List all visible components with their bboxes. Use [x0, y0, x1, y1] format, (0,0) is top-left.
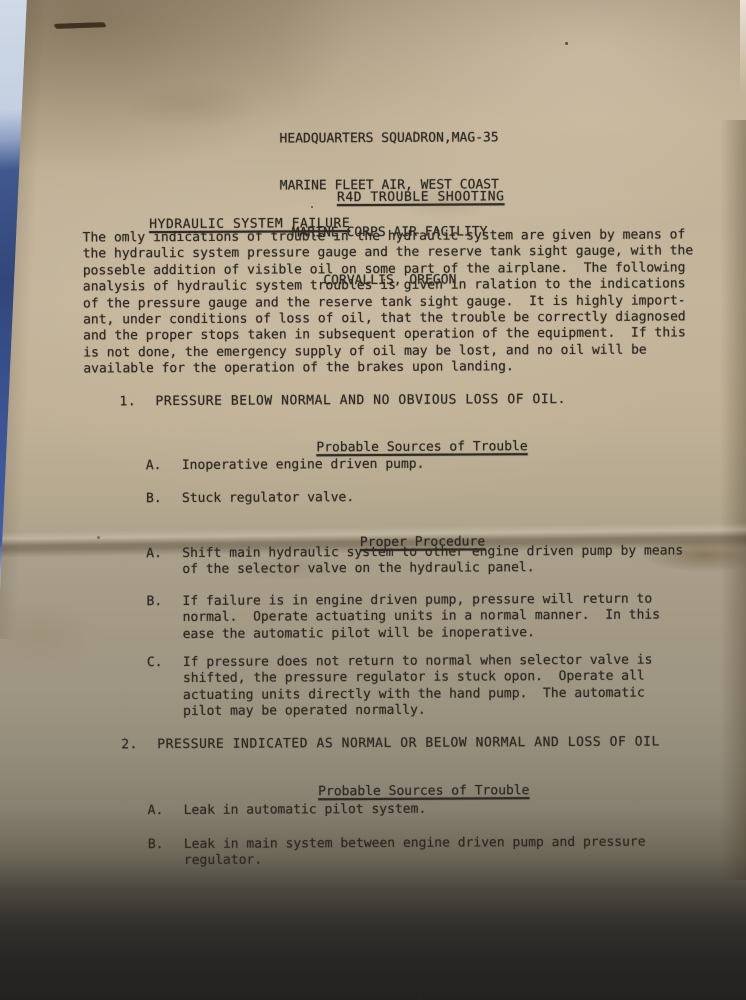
document-page: HEADQUARTERS SQUADRON,MAG-35 MARINE FLEE…	[0, 0, 746, 1000]
list-item-label: B.	[146, 491, 182, 508]
list-item-label: A.	[148, 803, 184, 820]
list-item: A. Inoperative engine driven pump.	[146, 457, 425, 475]
typewritten-text: HEADQUARTERS SQUADRON,MAG-35 MARINE FLEE…	[0, 0, 746, 1000]
doc-title: R4D TROUBLE SHOOTING	[337, 190, 505, 206]
list-item: A. Shift main hydraulic system to other …	[146, 543, 706, 579]
list-item-label: C.	[147, 655, 183, 721]
letterhead-line-1: HEADQUARTERS SQUADRON,MAG-35	[228, 130, 550, 147]
item-heading: PRESSURE INDICATED AS NORMAL OR BELOW NO…	[157, 735, 660, 754]
list-item: B. Leak in main system between engine dr…	[148, 834, 708, 870]
list-item: B. Stuck regulator valve.	[146, 490, 354, 507]
photo-canvas: HEADQUARTERS SQUADRON,MAG-35 MARINE FLEE…	[0, 0, 746, 1000]
subsection-title: Probable Sources of Trouble	[318, 784, 529, 800]
intro-paragraph: The omly indications of trouble in the h…	[83, 227, 716, 378]
list-item: A. Leak in automatic pilot system.	[148, 802, 427, 820]
list-item-text: If pressure does not return to normal wh…	[183, 653, 653, 721]
list-item-label: B.	[148, 837, 184, 870]
item-number: 1.	[119, 394, 155, 411]
item-number: 2.	[121, 737, 157, 754]
item-heading: PRESSURE BELOW NORMAL AND NO OBVIOUS LOS…	[155, 392, 566, 411]
numbered-heading-1: 1. PRESSURE BELOW NORMAL AND NO OBVIOUS …	[119, 392, 566, 411]
list-item: B. If failure is in engine driven pump, …	[146, 591, 706, 643]
numbered-heading-2: 2. PRESSURE INDICATED AS NORMAL OR BELOW…	[121, 735, 660, 754]
list-item-label: A.	[146, 546, 182, 579]
list-item-text: Leak in main system between engine drive…	[184, 835, 646, 870]
list-item-text: Leak in automatic pilot system.	[184, 802, 427, 820]
list-item-text: Inoperative engine driven pump.	[182, 457, 425, 475]
list-item: C. If pressure does not return to normal…	[147, 652, 707, 721]
list-item-text: If failure is in engine driven pump, pre…	[182, 591, 660, 643]
list-item-text: Stuck regulator valve.	[182, 490, 354, 507]
list-item-label: A.	[146, 458, 182, 475]
subsection-title: Probable Sources of Trouble	[316, 440, 527, 456]
list-item-label: B.	[146, 594, 182, 643]
list-item-text: Shift main hydraulic system to other eng…	[182, 543, 683, 578]
